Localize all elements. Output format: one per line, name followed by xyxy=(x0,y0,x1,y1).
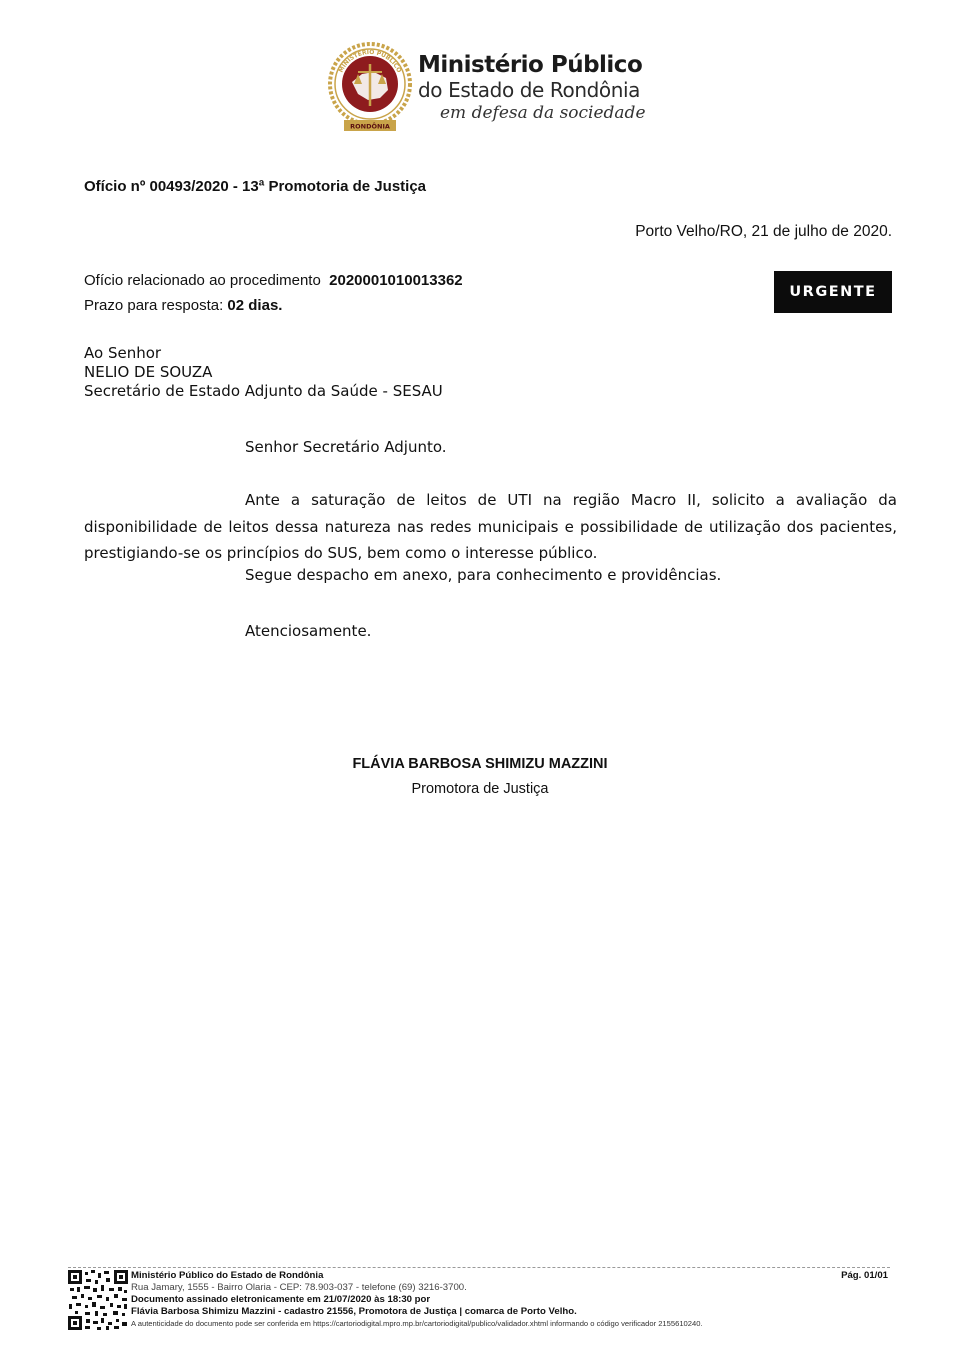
salutation: Senhor Secretário Adjunto. xyxy=(245,438,447,456)
institution-seal-icon: RONDÔNIA MINISTÉRIO PÚBLICO xyxy=(328,42,412,134)
institution-title: Ministério Público xyxy=(418,52,642,78)
footer-address: Rua Jamary, 1555 - Bairro Olaria - CEP: … xyxy=(131,1282,467,1294)
deadline-label: Prazo para resposta: xyxy=(84,297,223,314)
footer-signer-line: Flávia Barbosa Shimizu Mazzini - cadastr… xyxy=(131,1306,577,1318)
addressee-role: Secretário de Estado Adjunto da Saúde - … xyxy=(84,382,443,400)
closing: Atenciosamente. xyxy=(245,622,371,640)
body-paragraph-2: Segue despacho em anexo, para conhecimen… xyxy=(245,566,721,584)
body-paragraph: Ante a saturação de leitos de UTI na reg… xyxy=(84,487,897,567)
signer-role: Promotora de Justiça xyxy=(0,781,960,797)
signer-name: FLÁVIA BARBOSA SHIMIZU MAZZINI xyxy=(0,756,960,772)
institution-subtitle: do Estado de Rondônia xyxy=(418,78,640,102)
footer-signed-line: Documento assinado eletronicamente em 21… xyxy=(131,1294,430,1306)
svg-text:RONDÔNIA: RONDÔNIA xyxy=(350,122,390,131)
footer-divider xyxy=(68,1267,890,1268)
deadline-value: 02 dias. xyxy=(227,297,282,314)
deadline-line: Prazo para resposta: 02 dias. xyxy=(84,297,282,314)
footer-verification: A autenticidade do documento pode ser co… xyxy=(131,1318,703,1330)
urgent-badge: URGENTE xyxy=(774,271,892,313)
addressee-greeting: Ao Senhor xyxy=(84,344,161,362)
procedure-line: Ofício relacionado ao procedimento 20200… xyxy=(84,272,463,289)
city-date: Porto Velho/RO, 21 de julho de 2020. xyxy=(635,223,892,241)
oficio-title: Ofício nº 00493/2020 - 13ª Promotoria de… xyxy=(84,178,426,195)
institution-motto: em defesa da sociedade xyxy=(440,103,646,123)
footer-institution: Ministério Público do Estado de Rondônia xyxy=(131,1270,323,1282)
procedure-number: 2020001010013362 xyxy=(329,272,462,289)
addressee-name: NELIO DE SOUZA xyxy=(84,363,212,381)
procedure-label: Ofício relacionado ao procedimento xyxy=(84,272,321,289)
page-number: Pág. 01/01 xyxy=(841,1270,888,1281)
qr-code-icon xyxy=(68,1270,128,1330)
